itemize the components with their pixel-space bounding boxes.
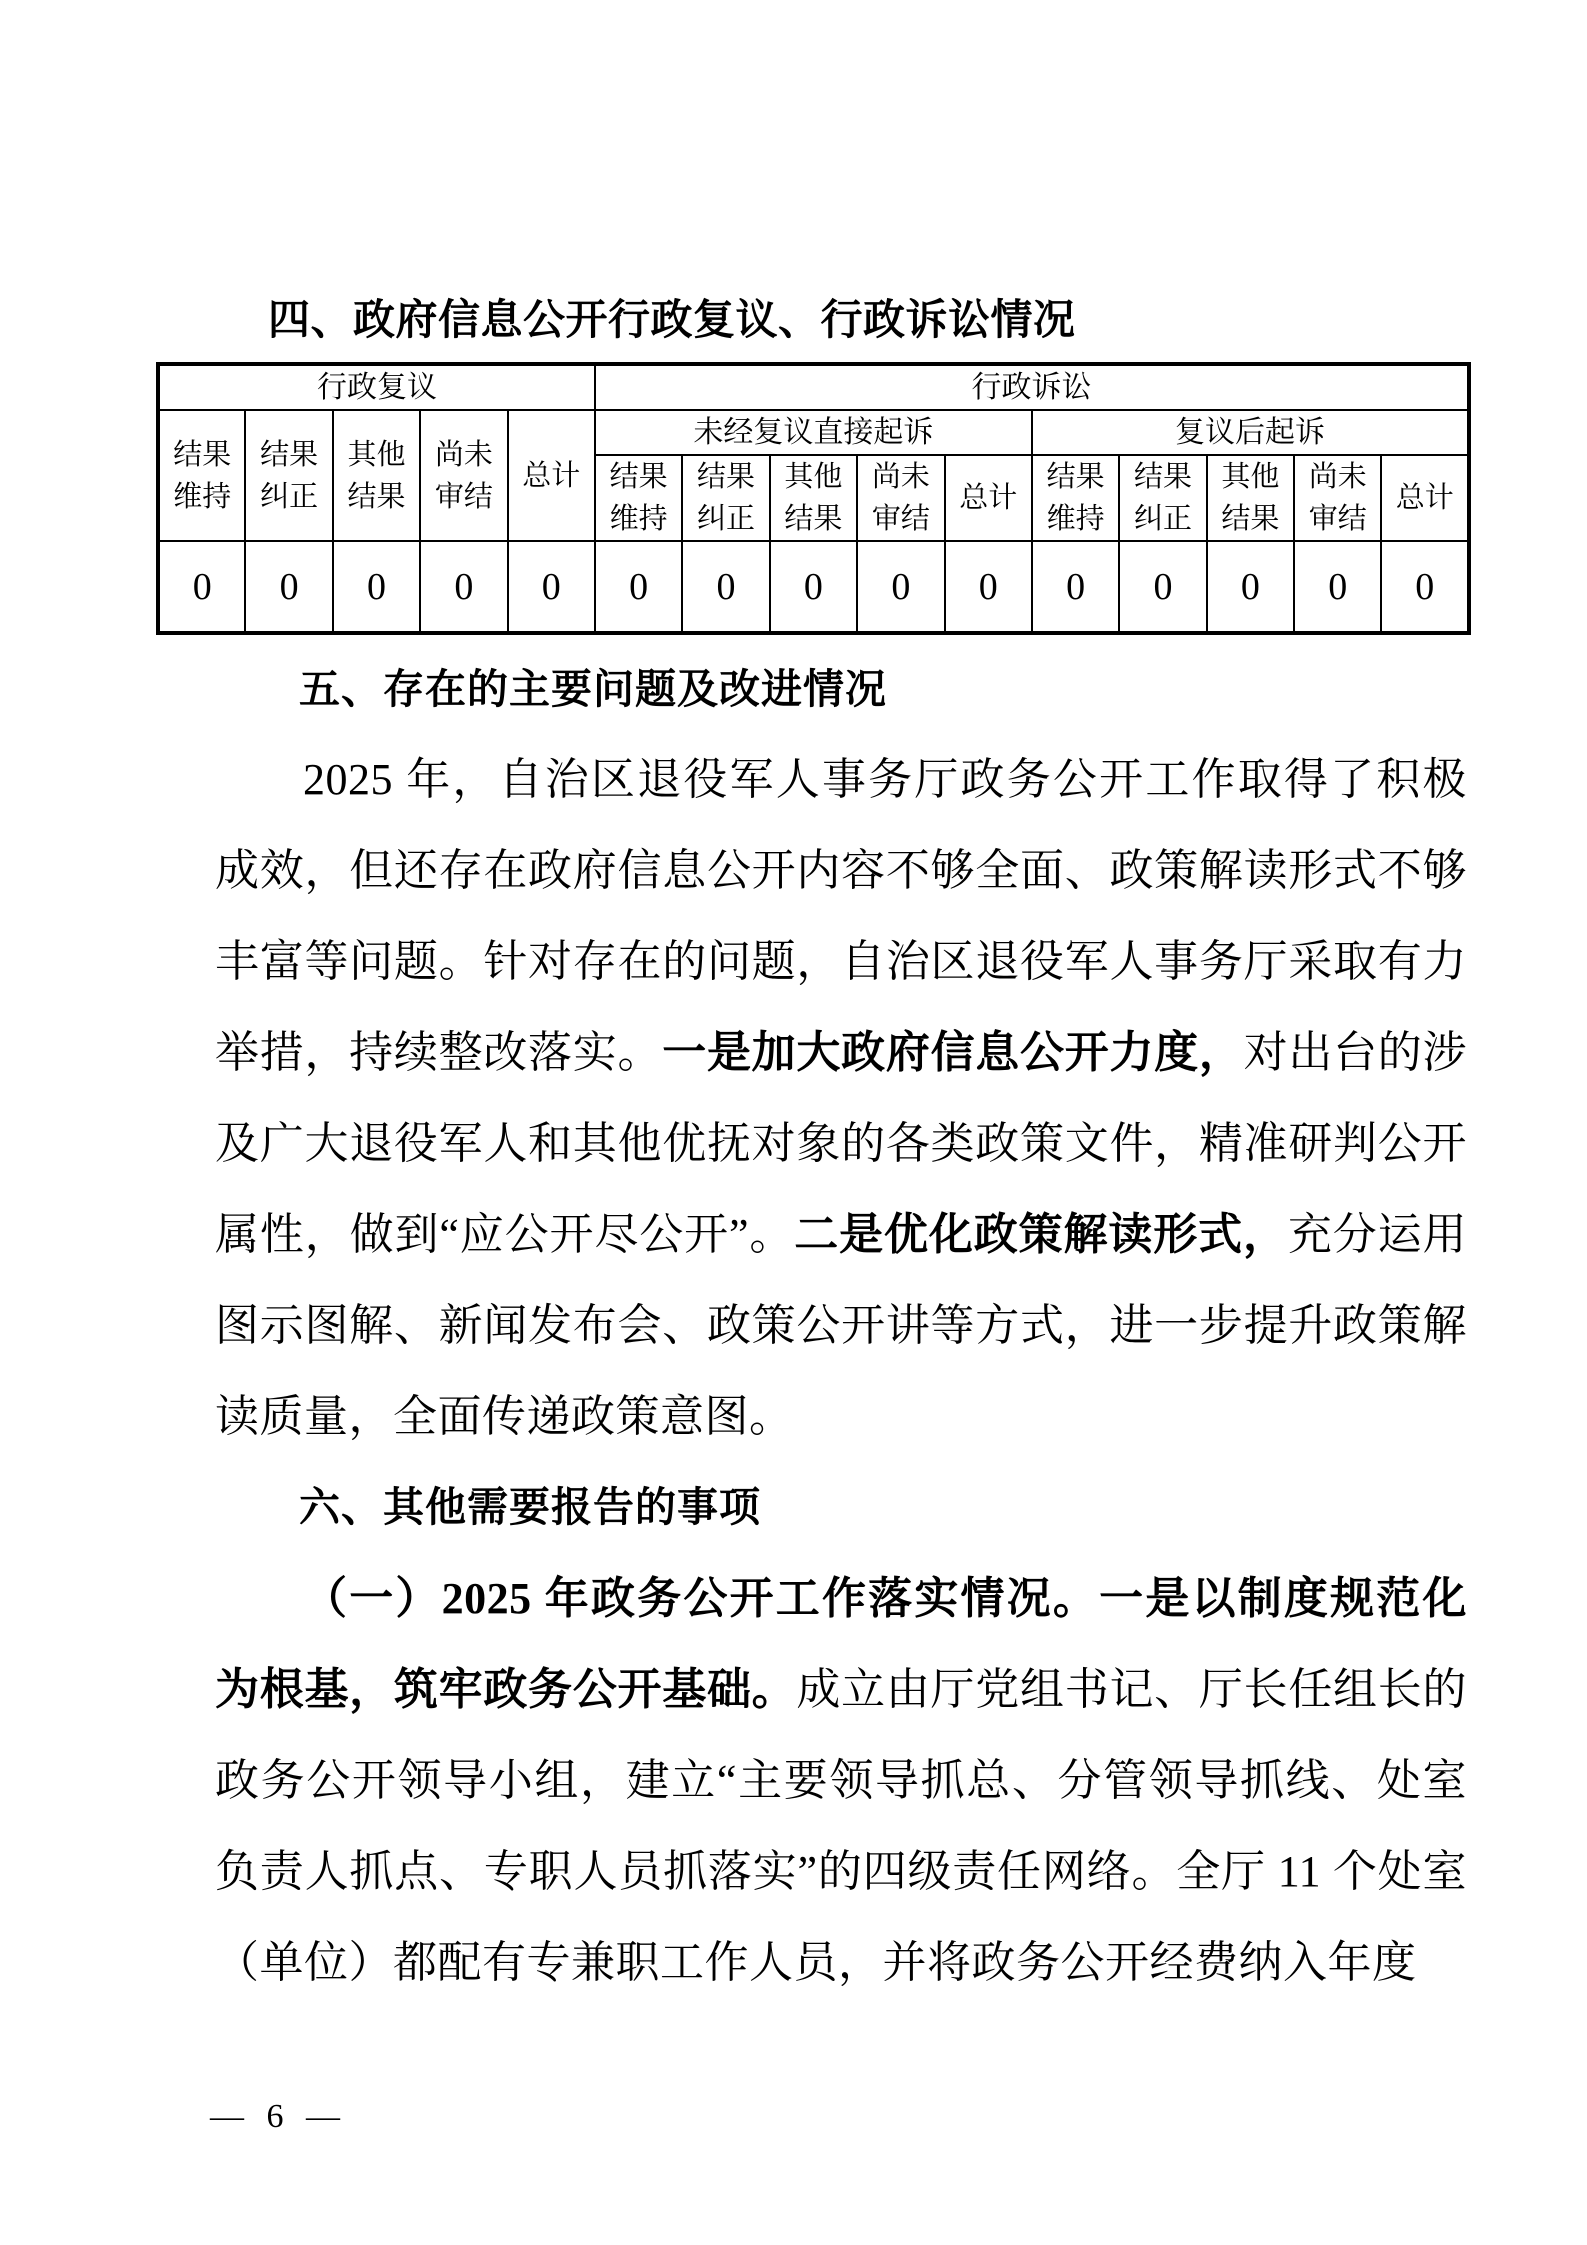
table-value-cell: 0: [158, 541, 245, 633]
table-value-cell: 0: [508, 541, 595, 633]
table-value-cell: 0: [1381, 541, 1469, 633]
col-header-result-upheld: 结果维持: [158, 410, 245, 541]
section4-heading: 四、政府信息公开行政复议、行政诉讼情况: [268, 297, 1076, 343]
group-header-admin-review: 行政复议: [158, 364, 595, 410]
subgroup-header-direct-suit: 未经复议直接起诉: [595, 410, 1032, 455]
document-page: 四、政府信息公开行政复议、行政诉讼情况 行政复议 行政诉讼 结果维持 结果纠正 …: [0, 0, 1587, 2245]
col-header-pending: 尚未审结: [1294, 455, 1381, 541]
col-header-other-result: 其他结果: [770, 455, 857, 541]
table-value-cell: 0: [245, 541, 332, 633]
col-header-result-corrected: 结果纠正: [682, 455, 769, 541]
table-value-cell: 0: [1207, 541, 1294, 633]
page-number: — 6 —: [210, 2098, 347, 2136]
table-value-cell: 0: [333, 541, 420, 633]
group-header-admin-litigation: 行政诉讼: [595, 364, 1469, 410]
bold-run-measure1: 一是加大政府信息公开力度，: [662, 1028, 1243, 1077]
col-header-pending: 尚未审结: [857, 455, 944, 541]
bold-run-measure2: 二是优化政策解读形式，: [794, 1210, 1288, 1259]
table-value-cell: 0: [770, 541, 857, 633]
col-header-result-corrected: 结果纠正: [1119, 455, 1206, 541]
col-header-total: 总计: [1381, 455, 1469, 541]
table-value-cell: 0: [857, 541, 944, 633]
subgroup-header-suit-after-review: 复议后起诉: [1032, 410, 1469, 455]
col-header-total: 总计: [508, 410, 595, 541]
table-value-cell: 0: [945, 541, 1032, 633]
col-header-result-upheld: 结果维持: [595, 455, 682, 541]
table-value-cell: 0: [1032, 541, 1119, 633]
col-header-other-result: 其他结果: [1207, 455, 1294, 541]
col-header-pending: 尚未审结: [420, 410, 507, 541]
section6-paragraph: （一）2025 年政务公开工作落实情况。一是以制度规范化为根基，筑牢政务公开基础…: [215, 1553, 1467, 2008]
section5-paragraph: 2025 年，自治区退役军人事务厅政务公开工作取得了积极成效，但还存在政府信息公…: [215, 734, 1467, 1462]
table-value-cell: 0: [682, 541, 769, 633]
col-header-other-result: 其他结果: [333, 410, 420, 541]
section5-heading: 五、存在的主要问题及改进情况: [299, 666, 887, 713]
section6-heading: 六、其他需要报告的事项: [299, 1484, 761, 1531]
table-value-cell: 0: [595, 541, 682, 633]
col-header-total: 总计: [945, 455, 1032, 541]
col-header-result-upheld: 结果维持: [1032, 455, 1119, 541]
table-value-cell: 0: [1119, 541, 1206, 633]
table-value-cell: 0: [420, 541, 507, 633]
col-header-result-corrected: 结果纠正: [245, 410, 332, 541]
table-value-cell: 0: [1294, 541, 1381, 633]
admin-review-litigation-table: 行政复议 行政诉讼 结果维持 结果纠正 其他结果 尚未审结 总计 未经复议直接起…: [156, 362, 1471, 635]
